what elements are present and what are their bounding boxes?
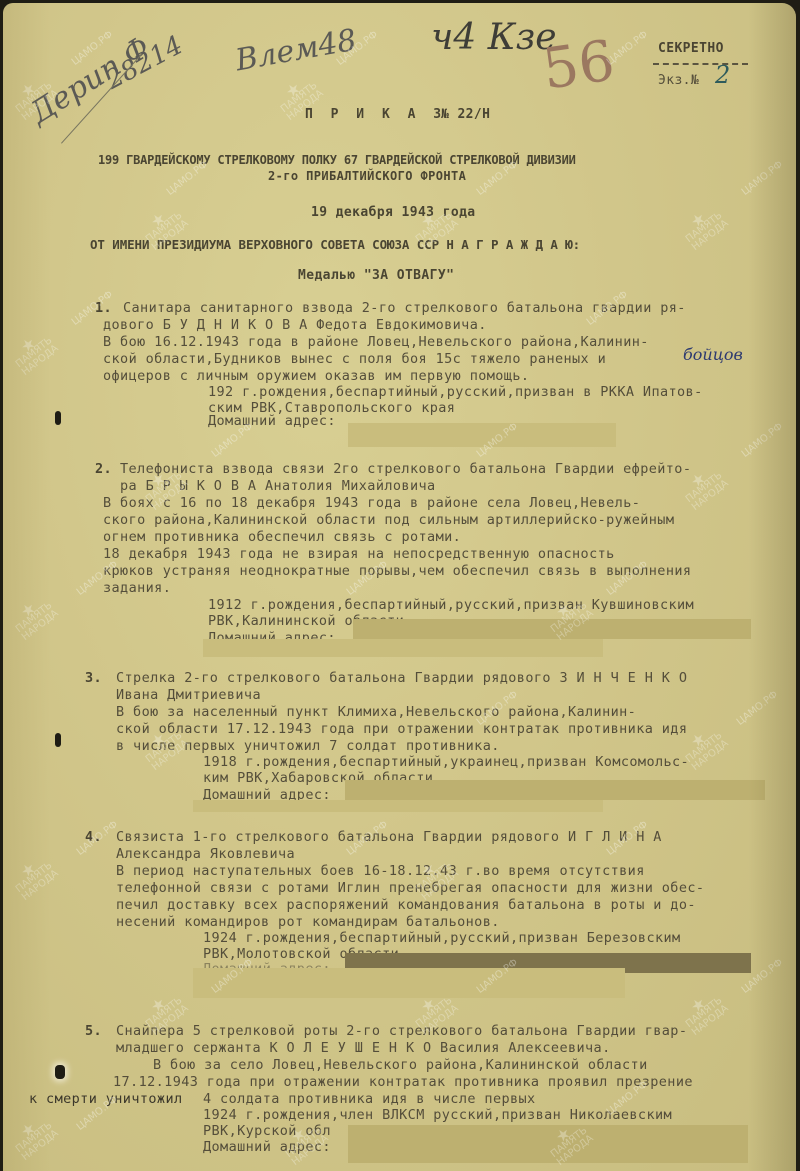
watermark-line: НАРОДА xyxy=(691,219,731,253)
entry-5-address-label: Домашний адрес: xyxy=(203,1139,331,1155)
watermark-project: ★ ПАМЯТЬ НАРОДА xyxy=(8,328,60,378)
entry-5-line: младшего сержанта К О Л Е У Ш Е Н К О Ва… xyxy=(116,1040,611,1056)
handwritten-note-center: Влем48 xyxy=(233,23,359,79)
entry-1-number: 1. xyxy=(95,300,112,316)
watermark-project: ★ ПАМЯТЬ НАРОДА xyxy=(678,203,730,253)
star-icon: ★ xyxy=(678,988,718,1022)
redacted-address xyxy=(348,1125,748,1163)
unit-line-1: 199 ГВАРДЕЙСКОМУ СТРЕЛКОВОМУ ПОЛКУ 67 ГВ… xyxy=(98,153,576,167)
entry-5-line: Снайпера 5 стрелковой роты 2-го стрелков… xyxy=(116,1023,687,1039)
redacted-address xyxy=(203,639,603,657)
watermark-line: НАРОДА xyxy=(21,1129,61,1163)
entry-2-line: ра Б Р Ы К О В А Анатолия Михайловича xyxy=(120,478,436,494)
entry-2-line: крюков устраняя неоднократные порывы,чем… xyxy=(103,563,691,579)
watermark-line: ПАМЯТЬ xyxy=(14,1121,54,1155)
handwritten-note-right: ч4 Кзе xyxy=(431,17,557,58)
binding-hole xyxy=(55,1065,65,1079)
watermark-archive: ЦАМО.РФ xyxy=(740,159,785,198)
entry-1-bio: 192 г.рождения,беспартийный,русский,приз… xyxy=(208,384,703,400)
watermark-line: НАРОДА xyxy=(21,869,61,903)
entry-2-line: задания. xyxy=(103,580,171,596)
unit-line-2: 2-го ПРИБАЛТИЙСКОГО ФРОНТА xyxy=(268,169,466,183)
entry-5-line: 4 солдата противника идя в числе первых xyxy=(203,1091,536,1107)
entry-2-line: 18 декабря 1943 года не взирая на непоср… xyxy=(103,546,615,562)
star-icon: ★ xyxy=(8,328,48,362)
entry-3-number: 3. xyxy=(85,670,102,686)
entry-2-bio: 1912 г.рождения,беспартийный,русский,при… xyxy=(208,597,694,613)
copy-number: 2 xyxy=(715,61,730,89)
entry-4-line: несений командиров рот командирам баталь… xyxy=(116,914,500,930)
entry-1-line: дового Б У Д Н И К О В А Федота Евдокимо… xyxy=(103,317,487,333)
redacted-address xyxy=(345,780,765,800)
entry-3-bio: 1918 г.рождения,беспартийный,украинец,пр… xyxy=(203,754,689,770)
entry-4-line: В период наступательных боев 16-18.12.43… xyxy=(116,863,645,879)
star-icon: ★ xyxy=(8,1113,48,1147)
entry-4-line: телефонной связи с ротами Иглин пренебре… xyxy=(116,880,704,896)
watermark-project: ★ ПАМЯТЬ НАРОДА xyxy=(8,853,60,903)
entry-3-line: Ивана Дмитриевича xyxy=(116,687,261,703)
watermark-line: НАРОДА xyxy=(691,479,731,513)
entry-4-line: печил доставку всех распоряжений командо… xyxy=(116,897,696,913)
watermark-line: ПАМЯТЬ xyxy=(684,731,724,765)
entry-2-line: ского района,Калининской области под сил… xyxy=(103,512,674,528)
entry-5-line: В бою за село Ловец,Невельского района,К… xyxy=(153,1057,648,1073)
watermark-line: ПАМЯТЬ xyxy=(684,211,724,245)
watermark-line: НАРОДА xyxy=(21,344,61,378)
redacted-address xyxy=(353,619,751,639)
redacted-address xyxy=(348,423,616,447)
archival-document-page: Дерип Ф 28214 Влем48 ч4 Кзе 56 СЕКРЕТНО … xyxy=(3,3,796,1171)
watermark-line: ПАМЯТЬ xyxy=(14,601,54,635)
entry-4-line: Связиста 1-го стрелкового батальона Гвар… xyxy=(116,829,662,845)
secret-underline xyxy=(653,63,748,65)
watermark-line: ПАМЯТЬ xyxy=(14,861,54,895)
watermark-project: ★ ПАМЯТЬ НАРОДА xyxy=(8,593,60,643)
entry-2-line: В боях с 16 по 18 декабря 1943 года в ра… xyxy=(103,495,640,511)
star-icon: ★ xyxy=(138,988,178,1022)
watermark-project: ★ ПАМЯТЬ НАРОДА xyxy=(8,1113,60,1163)
watermark-line: ПАМЯТЬ xyxy=(684,996,724,1030)
entry-5-number: 5. xyxy=(85,1023,102,1039)
star-icon: ★ xyxy=(8,593,48,627)
watermark-line: НАРОДА xyxy=(691,739,731,773)
secret-label: СЕКРЕТНО xyxy=(658,41,724,56)
margin-note-handwritten: бойцов xyxy=(683,345,743,364)
order-title: П Р И К А З xyxy=(305,107,446,122)
entry-1-line: офицеров с личным оружием оказав им перв… xyxy=(103,368,529,384)
redacted-address xyxy=(193,968,625,998)
order-date: 19 декабря 1943 года xyxy=(311,205,476,220)
copy-label: Экз.№ xyxy=(658,73,699,88)
entry-1-line: ской области,Будников вынес с поля боя 1… xyxy=(103,351,606,367)
entry-5-bio: РВК,Курской обл xyxy=(203,1123,331,1139)
watermark-line: ПАМЯТЬ xyxy=(14,336,54,370)
entry-3-line: в числе первых уничтожил 7 солдат против… xyxy=(116,738,500,754)
entry-5-bio: 1924 г.рождения,член ВЛКСМ русский,призв… xyxy=(203,1107,672,1123)
star-icon: ★ xyxy=(8,853,48,887)
star-icon: ★ xyxy=(273,73,313,107)
redacted-address xyxy=(193,800,603,812)
star-icon: ★ xyxy=(138,203,178,237)
binding-hole xyxy=(55,411,61,425)
star-icon: ★ xyxy=(678,203,718,237)
award-authority: ОТ ИМЕНИ ПРЕЗИДИУМА ВЕРХОВНОГО СОВЕТА СО… xyxy=(90,237,580,252)
entry-2-number: 2. xyxy=(95,461,112,477)
order-number: № 22/Н xyxy=(441,107,490,122)
entry-4-bio: 1924 г.рождения,беспартийный,русский,при… xyxy=(203,930,681,946)
watermark-line: НАРОДА xyxy=(21,609,61,643)
watermark-archive: ЦАМО.РФ xyxy=(735,689,780,728)
entry-3-line: ской области 17.12.1943 года при отражен… xyxy=(116,721,687,737)
entry-2-line: Телефониста взвода связи 2го стрелкового… xyxy=(120,461,691,477)
watermark-line: НАРОДА xyxy=(691,1004,731,1038)
entry-1-line: В бою 16.12.1943 года в районе Ловец,Нев… xyxy=(103,334,649,350)
entry-1-line: Санитара санитарного взвода 2-го стрелко… xyxy=(123,300,686,316)
watermark-archive: ЦАМО.РФ xyxy=(740,421,785,460)
entry-3-line: В бою за населенный пункт Климиха,Невель… xyxy=(116,704,636,720)
entry-3-line: Стрелка 2-го стрелкового батальона Гвард… xyxy=(116,670,687,686)
medal-name: Медалью "ЗА ОТВАГУ" xyxy=(298,268,454,283)
entry-2-line: огнем противника обеспечил связь с ротам… xyxy=(103,529,461,545)
entry-5-line: 17.12.1943 года при отражении контратак … xyxy=(113,1074,693,1090)
binding-hole xyxy=(55,733,61,747)
entry-4-number: 4. xyxy=(85,829,102,845)
entry-4-line: Александра Яковлевича xyxy=(116,846,295,862)
handwritten-red-mark: 56 xyxy=(539,28,619,102)
entry-5-margin-insert: к смерти уничтожил xyxy=(29,1091,183,1107)
